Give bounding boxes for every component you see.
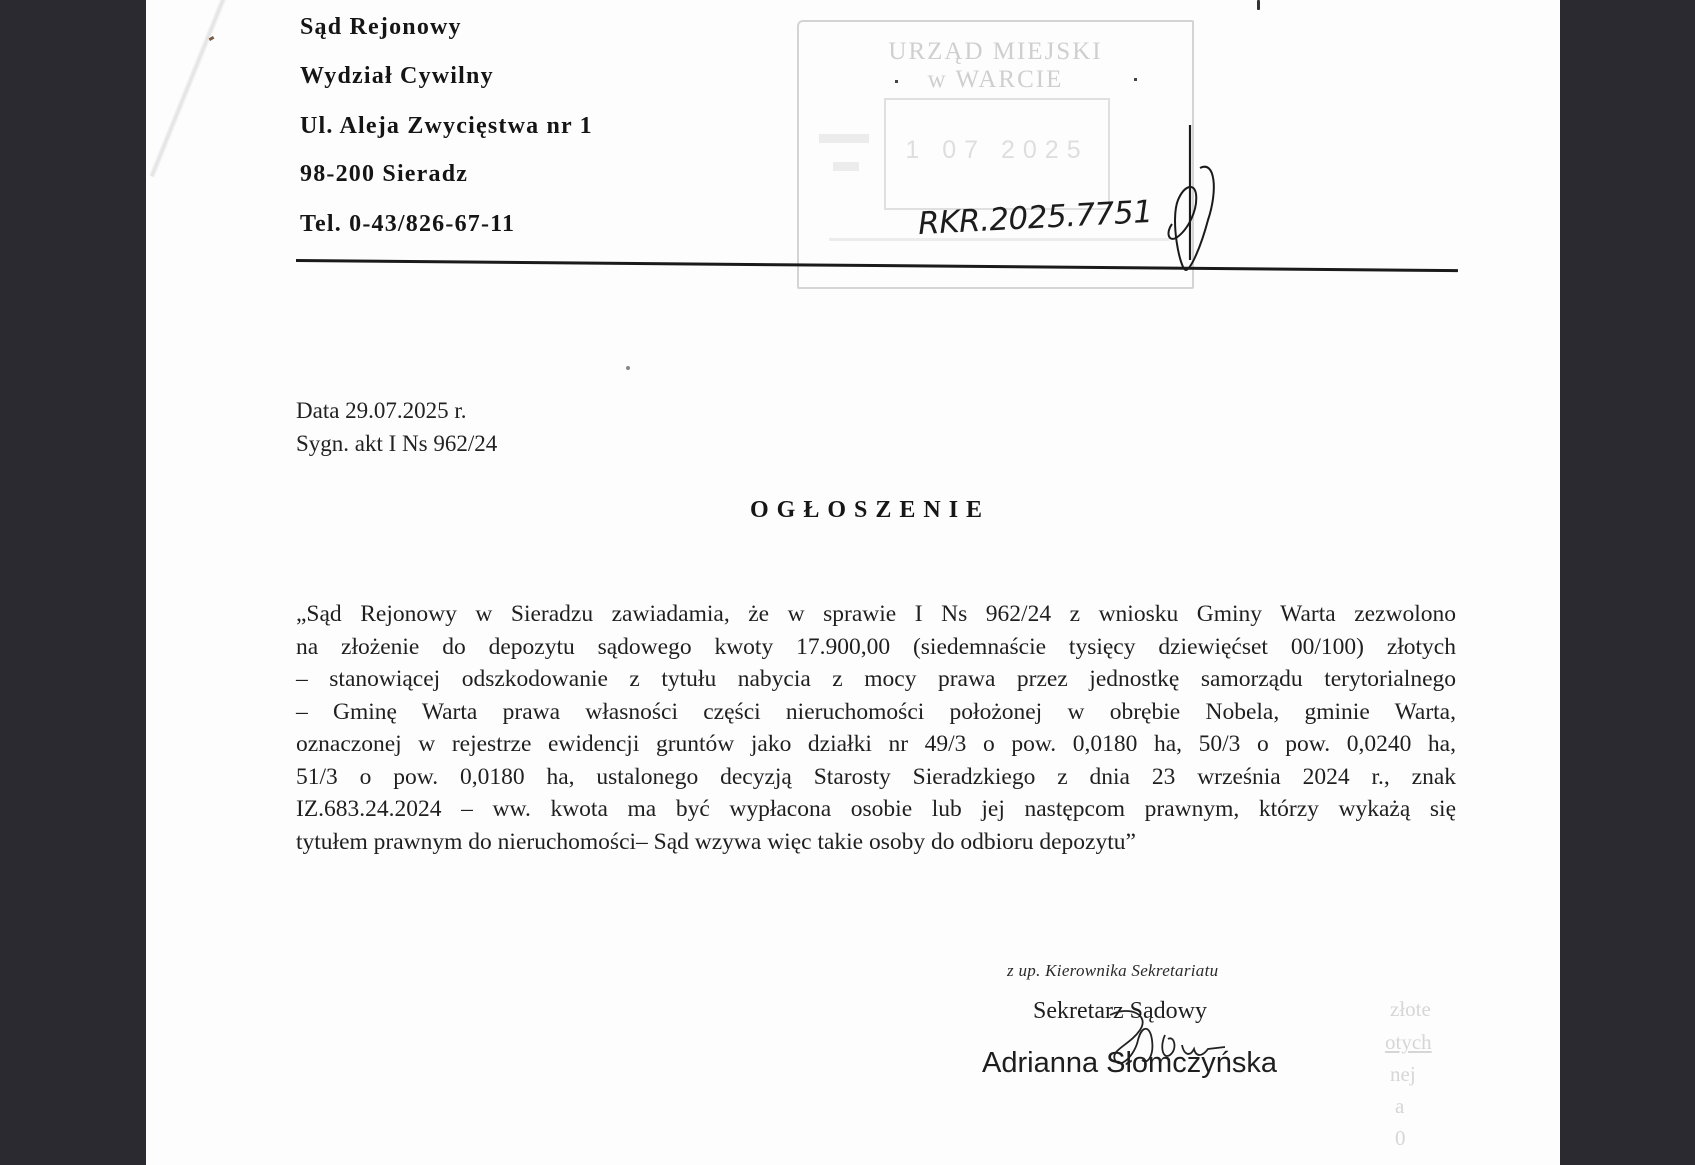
bleed-through-text: nej bbox=[1390, 1062, 1416, 1087]
body-line: na złożenie do depozytu sądowego kwoty 1… bbox=[296, 631, 1456, 664]
case-reference: Sygn. akt I Ns 962/24 bbox=[296, 431, 497, 457]
stamp-received-date: 1 07 2025 bbox=[886, 136, 1108, 165]
signature-authority: z up. Kierownika Sekretariatu bbox=[1007, 961, 1218, 981]
receipt-stamp: URZĄD MIEJSKI w WARCIE 1 07 2025 bbox=[797, 20, 1194, 289]
bleed-through-text: złote bbox=[1390, 997, 1431, 1022]
court-phone: Tel. 0-43/826-67-11 bbox=[300, 211, 515, 238]
stamp-label-faint bbox=[833, 162, 859, 171]
body-line: tytułem prawnym do nieruchomości– Sąd wz… bbox=[296, 826, 1456, 859]
bleed-through-text: otych bbox=[1385, 1030, 1432, 1055]
body-line: oznaczonej w rejestrze ewidencji gruntów… bbox=[296, 728, 1456, 761]
body-line: – Gminę Warta prawa własności części nie… bbox=[296, 696, 1456, 729]
court-address: Ul. Aleja Zwycięstwa nr 1 bbox=[300, 113, 593, 140]
stamp-label-faint bbox=[819, 134, 869, 143]
announcement-body: „Sąd Rejonowy w Sieradzu zawiadamia, że … bbox=[296, 598, 1456, 858]
scan-speck bbox=[1257, 0, 1260, 10]
scan-speck bbox=[626, 366, 630, 370]
document-date: Data 29.07.2025 r. bbox=[296, 398, 467, 424]
body-line: „Sąd Rejonowy w Sieradzu zawiadamia, że … bbox=[296, 598, 1456, 631]
court-postal-city: 98-200 Sieradz bbox=[300, 161, 468, 188]
stamp-office-line1: URZĄD MIEJSKI bbox=[799, 38, 1192, 66]
signature-name: Adrianna Słomczyńska bbox=[982, 1047, 1277, 1080]
stamp-speck bbox=[1134, 78, 1137, 81]
stamp-speck bbox=[895, 80, 898, 83]
bleed-through-text: a bbox=[1395, 1094, 1404, 1119]
body-line: IZ.683.24.2024 – ww. kwota ma być wypłac… bbox=[296, 793, 1456, 826]
stamp-signature-line bbox=[829, 238, 1169, 241]
court-name: Sąd Rejonowy bbox=[300, 14, 462, 41]
handwritten-initials-icon bbox=[1160, 120, 1220, 280]
stamp-date-box: 1 07 2025 bbox=[884, 98, 1110, 210]
document-title: OGŁOSZENIE bbox=[750, 497, 990, 524]
court-division: Wydział Cywilny bbox=[300, 63, 494, 90]
body-line: – stanowiącej odszkodowanie z tytułu nab… bbox=[296, 663, 1456, 696]
bleed-through-text: 0 bbox=[1395, 1126, 1406, 1151]
body-line: 51/3 o pow. 0,0180 ha, ustalonego decyzj… bbox=[296, 761, 1456, 794]
